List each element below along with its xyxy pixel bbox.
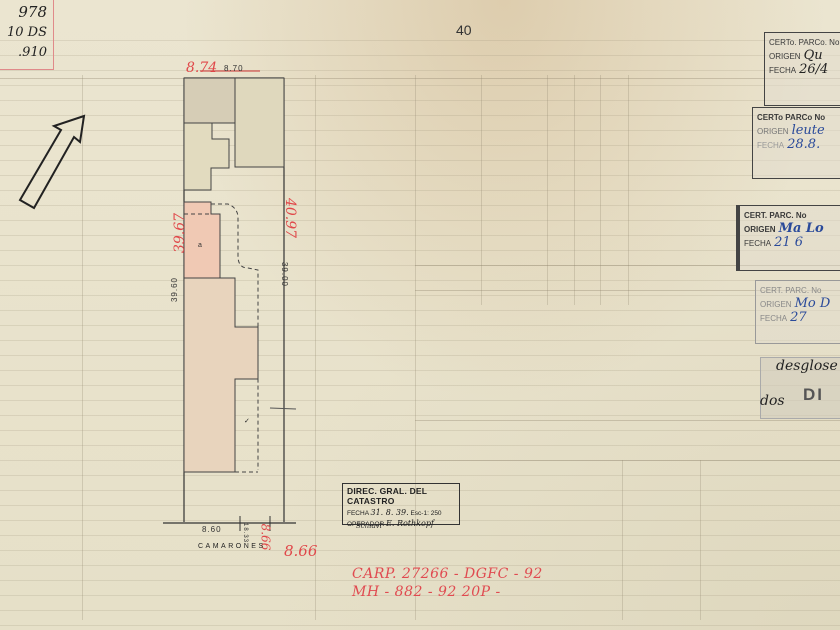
handwritten-side-note: dos [760, 393, 785, 409]
bottom-dimension: 8.60 [202, 525, 222, 534]
stamp-cert-1: CERTo. PARCo. No. ORIGENQu FECHA26/4 [764, 32, 840, 106]
site-plan: ✓ [0, 0, 840, 630]
stamp-partial-5: desglose DI [760, 357, 840, 419]
bottom-dimension-small: 18.33 [242, 523, 248, 543]
red-annotation-line-1: CARP. 27266 - DGFC - 92 [352, 566, 543, 582]
catastro-fecha-value: 31. 8. 39. [370, 508, 408, 517]
room-label: a [198, 242, 203, 249]
catastro-title: DIREC. GRAL. DEL CATASTRO [347, 486, 455, 506]
stamp-cert-3: CERT. PARC. No ORIGENMa Lo FECHA21 6 [736, 205, 840, 271]
stamp-origen-label: ORIGEN [769, 52, 801, 61]
left-dimension-red: 39.67 [172, 213, 188, 253]
stamp-origen-label: ORIGEN [760, 300, 792, 309]
stamp-cert-2: CERTo PARCo No ORIGENleute FECHA28.8. [752, 107, 840, 179]
stamp-origen-value: leute [792, 123, 825, 138]
catastro-stamp: DIREC. GRAL. DEL CATASTRO FECHA 31. 8. 3… [342, 483, 460, 525]
stamp-origen-value: Ma Lo [779, 221, 824, 236]
catastro-fecha-label: FECHA [347, 510, 369, 517]
top-dimension-red: 8.74 [186, 60, 217, 76]
stamp-partial-text: DI [803, 388, 824, 401]
red-annotation-line-2: MH - 882 - 92 20P - [352, 584, 501, 600]
left-dimension: 39.60 [170, 277, 179, 302]
stamp-origen-value: Mo D [795, 296, 831, 311]
right-dimension: 39.00 [280, 262, 289, 287]
top-dimension: 8.70 [224, 64, 244, 73]
right-dimension-red: 40.97 [282, 198, 298, 238]
stamp-origen-value: Qu [804, 48, 823, 63]
stamp-fecha-label: FECHA [757, 141, 784, 150]
catastro-operador-value: E. Rothkopf [386, 519, 434, 528]
stamp-origen-label: ORIGEN [744, 225, 776, 234]
street-name: CAMARONES [198, 543, 266, 550]
stamp-fecha-value: 26/4 [799, 62, 828, 77]
svg-text:✓: ✓ [244, 418, 250, 425]
catastro-esc-label: Esc-1: [410, 510, 428, 517]
stamp-fecha-label: FECHA [760, 314, 787, 323]
stamp-fecha-value: 21 6 [774, 235, 803, 250]
stamp-fecha-value: 27 [790, 310, 807, 325]
stamp-cert-4: CERT. PARC. No ORIGENMo D FECHA27 [755, 280, 840, 344]
frontage-red: 8.66 [284, 542, 317, 560]
stamp-fecha-value: 28.8. [787, 137, 820, 152]
catastro-esc-value: 250 [431, 510, 442, 517]
stamp-handwritten: desglose [776, 360, 838, 373]
stamp-origen-label: ORIGEN [757, 127, 789, 136]
signature: Schiavi [356, 522, 382, 530]
stamp-fecha-label: FECHA [769, 66, 796, 75]
stamp-fecha-label: FECHA [744, 239, 771, 248]
